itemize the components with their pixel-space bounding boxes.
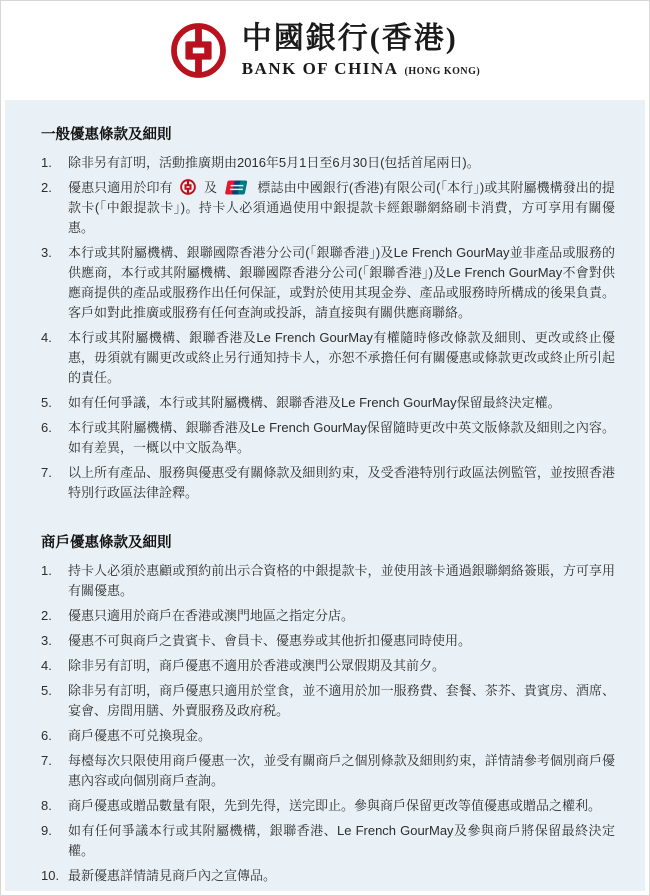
merchant-term-1: 1. 持卡人必須於惠顧或預約前出示合資格的中銀提款卡，並使用該卡通過銀聯網絡簽賬…	[41, 561, 615, 601]
item-number: 5.	[41, 681, 68, 721]
unionpay-logo-icon	[225, 180, 250, 195]
item-text: 如有任何爭議，本行或其附屬機構、銀聯香港及Le French GourMay保留…	[68, 393, 615, 413]
item-text: 本行或其附屬機構、銀聯香港及Le French GourMay有權隨時修改條款及…	[68, 328, 615, 388]
item-number: 6.	[41, 418, 68, 458]
item-text: 除非另有訂明，商戶優惠只適用於堂食，並不適用於加一服務費、套餐、茶芥、貴賓房、酒…	[68, 681, 615, 721]
item-text: 持卡人必須於惠顧或預約前出示合資格的中銀提款卡，並使用該卡通過銀聯網絡簽賬，方可…	[68, 561, 615, 601]
item-number: 4.	[41, 328, 68, 388]
merchant-term-6: 6. 商戶優惠不可兑換現金。	[41, 726, 615, 746]
item-number: 1.	[41, 153, 68, 173]
bank-name-en: BANK OF CHINA	[242, 60, 399, 77]
merchant-term-4: 4. 除非另有訂明，商戶優惠不適用於香港或澳門公眾假期及其前夕。	[41, 656, 615, 676]
item-number: 2.	[41, 178, 68, 238]
item-number: 8.	[41, 796, 68, 816]
general-term-4: 4. 本行或其附屬機構、銀聯香港及Le French GourMay有權隨時修改…	[41, 328, 615, 388]
merchant-terms-section: 商戶優惠條款及細則 1. 持卡人必須於惠顧或預約前出示合資格的中銀提款卡，並使用…	[41, 531, 615, 886]
item-number: 7.	[41, 751, 68, 791]
merchant-term-3: 3. 優惠不可與商戶之貴賓卡、會員卡、優惠券或其他折扣優惠同時使用。	[41, 631, 615, 651]
merchant-term-10: 10. 最新優惠詳情請見商戶內之宣傳品。	[41, 866, 615, 886]
item-number: 3.	[41, 243, 68, 323]
general-term-2: 2. 優惠只適用於印有 及	[41, 178, 615, 238]
item-text: 本行或其附屬機構、銀聯香港及Le French GourMay保留隨時更改中英文…	[68, 418, 615, 458]
item-text: 每檯每次只限使用商戶優惠一次，並受有關商戶之個別條款及細則約束，詳情請參考個別商…	[68, 751, 615, 791]
item-text: 最新優惠詳情請見商戶內之宣傳品。	[68, 866, 615, 886]
boc-logo-icon	[180, 179, 196, 195]
terms-panel: 一般優惠條款及細則 1. 除非另有訂明，活動推廣期由2016年5月1日至6月30…	[5, 100, 645, 891]
general-term-1: 1. 除非另有訂明，活動推廣期由2016年5月1日至6月30日(包括首尾兩日)。	[41, 153, 615, 173]
item-text: 優惠不可與商戶之貴賓卡、會員卡、優惠券或其他折扣優惠同時使用。	[68, 631, 615, 651]
merchant-term-2: 2. 優惠只適用於商戶在香港或澳門地區之指定分店。	[41, 606, 615, 626]
bank-logo: 中國銀行(香港) BANK OF CHINA (HONG KONG)	[170, 22, 481, 79]
item-text: 如有任何爭議本行或其附屬機構，銀聯香港、Le French GourMay及參與…	[68, 821, 615, 861]
item-text: 優惠只適用於商戶在香港或澳門地區之指定分店。	[68, 606, 615, 626]
item-text: 以上所有產品、服務與優惠受有關條款及細則約束，及受香港特別行政區法例監管，並按照…	[68, 463, 615, 503]
item-text: 本行或其附屬機構、銀聯國際香港分公司(「銀聯香港」)及Le French Gou…	[68, 243, 615, 323]
general-terms-section: 一般優惠條款及細則 1. 除非另有訂明，活動推廣期由2016年5月1日至6月30…	[41, 123, 615, 503]
merchant-terms-heading: 商戶優惠條款及細則	[41, 531, 615, 552]
bank-name-zh: 中國銀行(香港)	[242, 24, 481, 54]
item-text: 商戶優惠不可兑換現金。	[68, 726, 615, 746]
item-text: 除非另有訂明，活動推廣期由2016年5月1日至6月30日(包括首尾兩日)。	[68, 153, 615, 173]
item-number: 4.	[41, 656, 68, 676]
item-number: 3.	[41, 631, 68, 651]
terms-page: 中國銀行(香港) BANK OF CHINA (HONG KONG) 一般優惠條…	[0, 0, 650, 896]
item-number: 9.	[41, 821, 68, 861]
item-number: 2.	[41, 606, 68, 626]
general-term-5: 5. 如有任何爭議，本行或其附屬機構、銀聯香港及Le French GourMa…	[41, 393, 615, 413]
general-term-3: 3. 本行或其附屬機構、銀聯國際香港分公司(「銀聯香港」)及Le French …	[41, 243, 615, 323]
merchant-term-5: 5. 除非另有訂明，商戶優惠只適用於堂食，並不適用於加一服務費、套餐、茶芥、貴賓…	[41, 681, 615, 721]
item-number: 1.	[41, 561, 68, 601]
general-terms-heading: 一般優惠條款及細則	[41, 123, 615, 144]
boc-coin-logo-icon	[170, 22, 227, 79]
merchant-term-7: 7. 每檯每次只限使用商戶優惠一次，並受有關商戶之個別條款及細則約束，詳情請參考…	[41, 751, 615, 791]
merchant-term-8: 8. 商戶優惠或贈品數量有限，先到先得，送完即止。參與商戶保留更改等值優惠或贈品…	[41, 796, 615, 816]
item-number: 10.	[41, 866, 68, 886]
item-text: 除非另有訂明，商戶優惠不適用於香港或澳門公眾假期及其前夕。	[68, 656, 615, 676]
item-text: 優惠只適用於印有 及	[68, 178, 615, 238]
general-term-6: 6. 本行或其附屬機構、銀聯香港及Le French GourMay保留隨時更改…	[41, 418, 615, 458]
item-number: 5.	[41, 393, 68, 413]
item-number: 6.	[41, 726, 68, 746]
bank-name: 中國銀行(香港) BANK OF CHINA (HONG KONG)	[242, 24, 481, 77]
bank-header: 中國銀行(香港) BANK OF CHINA (HONG KONG)	[1, 1, 649, 100]
merchant-term-9: 9. 如有任何爭議本行或其附屬機構，銀聯香港、Le French GourMay…	[41, 821, 615, 861]
item-text-between-icons: 及	[204, 180, 217, 195]
bank-name-en-row: BANK OF CHINA (HONG KONG)	[242, 60, 481, 77]
item-text-before-icons: 優惠只適用於印有	[68, 180, 173, 195]
item-number: 7.	[41, 463, 68, 503]
bank-name-en-suffix: (HONG KONG)	[404, 67, 480, 77]
general-term-7: 7. 以上所有產品、服務與優惠受有關條款及細則約束，及受香港特別行政區法例監管，…	[41, 463, 615, 503]
item-text: 商戶優惠或贈品數量有限，先到先得，送完即止。參與商戶保留更改等值優惠或贈品之權利…	[68, 796, 615, 816]
